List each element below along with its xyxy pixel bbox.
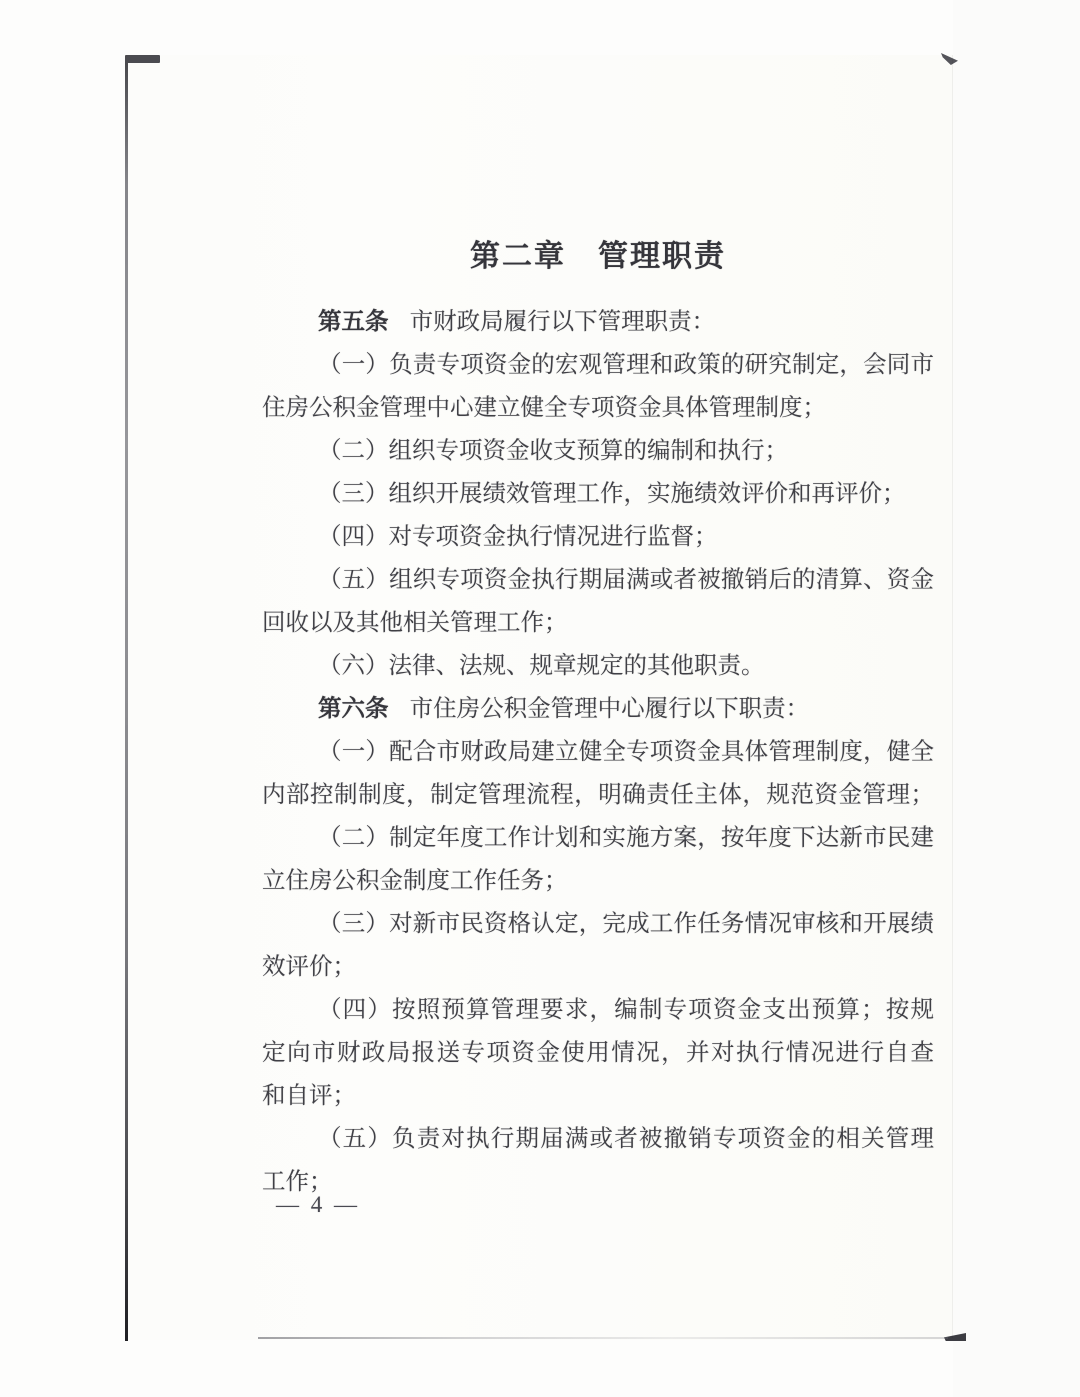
page-left-edge-line <box>125 56 128 1341</box>
chapter-title: 第二章 管理职责 <box>262 231 934 275</box>
text-line: 和自评； <box>262 1075 934 1118</box>
text-line: 效评价； <box>262 946 934 989</box>
article-heading-text: 市财政局履行以下管理职责： <box>410 309 716 335</box>
scan-background-right <box>953 0 1080 1397</box>
text-line: （二）组织专项资金收支预算的编制和执行； <box>262 430 934 473</box>
article-number: 第六条 <box>318 696 389 722</box>
document-body: 第五条市财政局履行以下管理职责： （一）负责专项资金的宏观管理和政策的研究制定，… <box>262 301 934 1204</box>
page-number: — 4 — <box>263 1192 373 1218</box>
text-line: 定向市财政局报送专项资金使用情况，并对执行情况进行自查 <box>262 1032 934 1075</box>
text-line: （二）制定年度工作计划和实施方案，按年度下达新市民建 <box>262 817 934 860</box>
text-line: 内部控制制度，制定管理流程，明确责任主体，规范资金管理； <box>262 774 934 817</box>
text-line: （六）法律、法规、规章规定的其他职责。 <box>262 645 934 688</box>
page-bottom-edge-line <box>258 1337 948 1339</box>
scanned-document-page: 第二章 管理职责 第五条市财政局履行以下管理职责： （一）负责专项资金的宏观管理… <box>0 0 1080 1397</box>
article-heading-text: 市住房公积金管理中心履行以下职责： <box>410 696 810 722</box>
text-line: 回收以及其他相关管理工作； <box>262 602 934 645</box>
text-line: （五）组织专项资金执行期届满或者被撤销后的清算、资金 <box>262 559 934 602</box>
article-heading: 第六条市住房公积金管理中心履行以下职责： <box>262 688 934 731</box>
text-line: （五）负责对执行期届满或者被撤销专项资金的相关管理 <box>262 1118 934 1161</box>
text-line: 立住房公积金制度工作任务； <box>262 860 934 903</box>
scan-mark-top-left <box>125 55 160 63</box>
text-line: （四）对专项资金执行情况进行监督； <box>262 516 934 559</box>
article-number: 第五条 <box>318 309 389 335</box>
text-line: （三）组织开展绩效管理工作，实施绩效评价和再评价； <box>262 473 934 516</box>
text-line: （一）负责专项资金的宏观管理和政策的研究制定，会同市 <box>262 344 934 387</box>
text-line: （三）对新市民资格认定，完成工作任务情况审核和开展绩 <box>262 903 934 946</box>
text-line: 住房公积金管理中心建立健全专项资金具体管理制度； <box>262 387 934 430</box>
text-line: （一）配合市财政局建立健全专项资金具体管理制度，健全 <box>262 731 934 774</box>
text-line: （四）按照预算管理要求，编制专项资金支出预算；按规 <box>262 989 934 1032</box>
article-heading: 第五条市财政局履行以下管理职责： <box>262 301 934 344</box>
page-right-edge-line <box>952 55 953 1338</box>
